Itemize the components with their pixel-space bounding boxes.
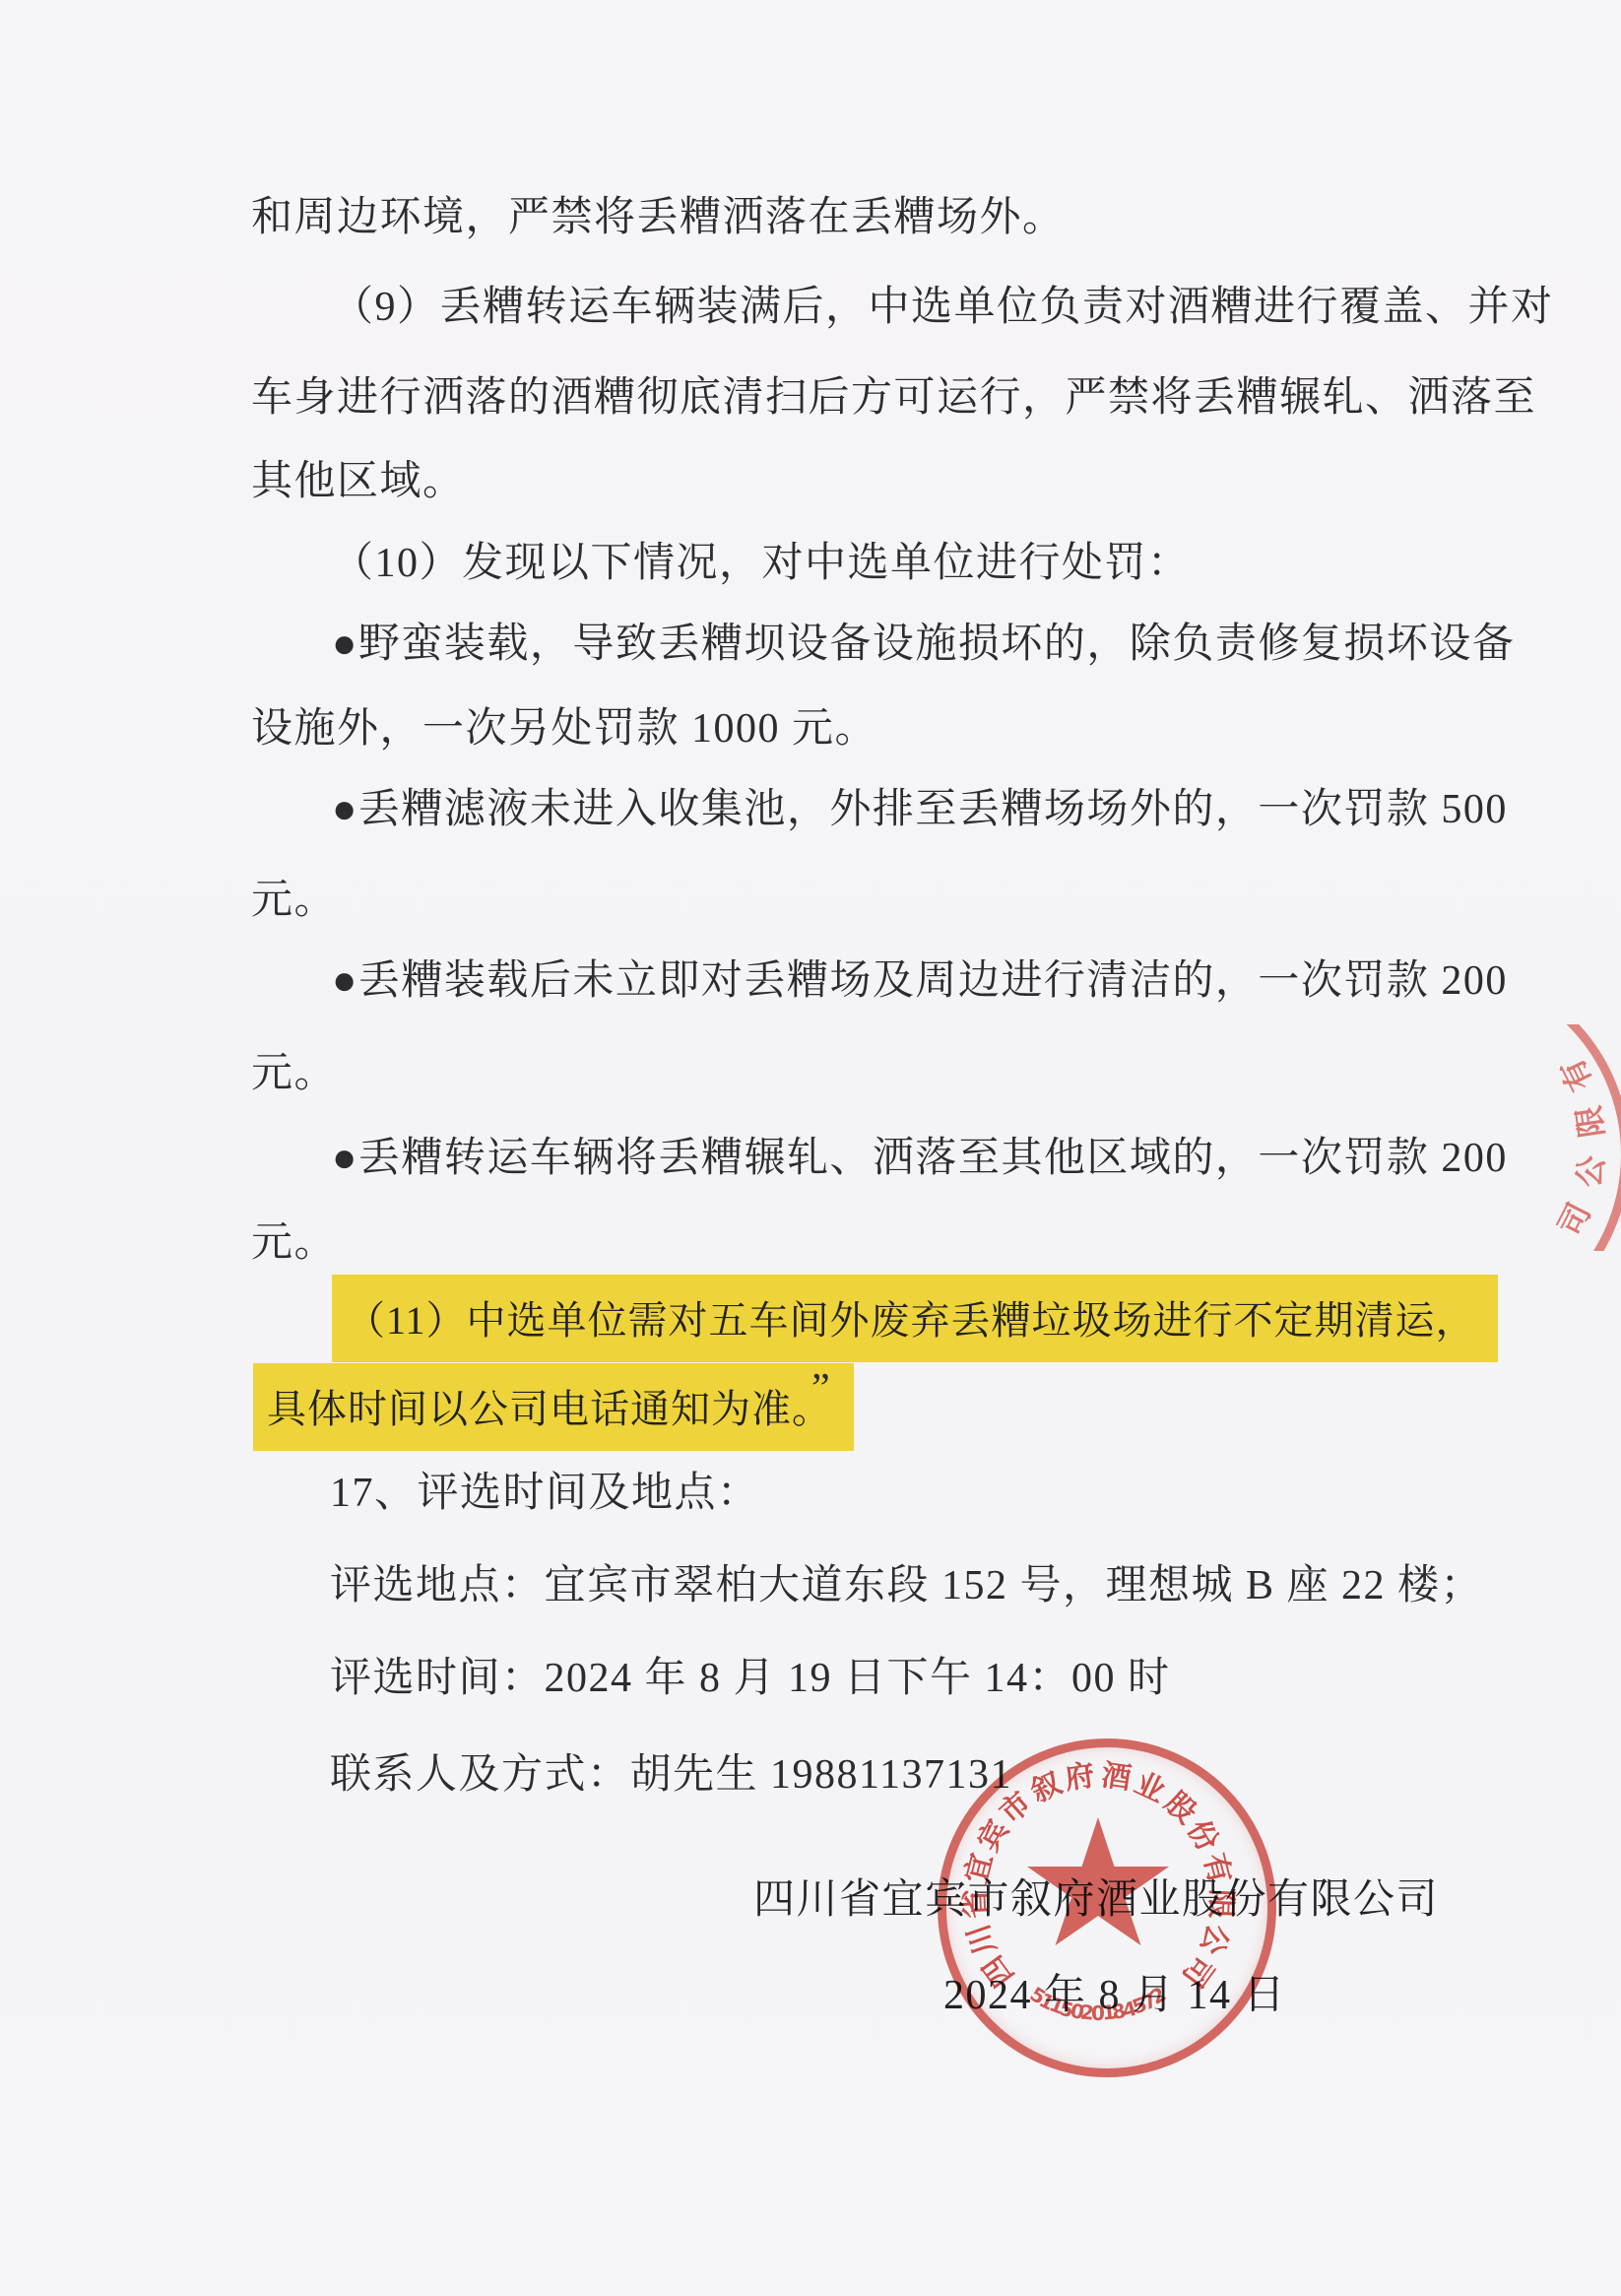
highlighted-clause-line-1: （11）中选单位需对五车间外废弃丢糟垃圾场进行不定期清运， [332,1275,1498,1362]
document-bullet-line: ●野蛮装载，导致丢糟坝设备设施损坏的，除负责修复损坏设备 [332,621,1515,668]
document-line: 其他区域。 [251,458,466,505]
highlighted-text: 具体时间以公司电话通知为准。 [267,1387,832,1431]
highlighted-text: （11）中选单位需对五车间外废弃丢糟垃圾场进行不定期清运， [346,1298,1476,1343]
document-line: 元。 [251,1219,337,1267]
contact-line: 联系人及方式：胡先生 19881137131 [330,1751,1012,1799]
document-line: 元。 [251,877,337,924]
highlighted-clause-line-2: 具体时间以公司电话通知为准。 [253,1363,854,1451]
time-line: 评选时间：2024 年 8 月 19 日下午 14：00 时 [330,1655,1171,1702]
partial-seal: 有限公司 [1536,1024,1621,1251]
scanned-page: 和周边环境，严禁将丢糟洒落在丢糟场外。 （9）丢糟转运车辆装满后，中选单位负责对… [0,0,1621,2296]
document-line: 和周边环境，严禁将丢糟洒落在丢糟场外。 [251,194,1066,241]
document-line: 设施外，一次另处罚款 1000 元。 [251,705,877,753]
document-bullet-line: ●丢糟转运车辆将丢糟辗轧、洒落至其他区域的，一次罚款 200 [332,1135,1508,1182]
section-heading: 17、评选时间及地点： [330,1470,760,1517]
venue-line: 评选地点：宜宾市翠柏大道东段 152 号，理想城 B 座 22 楼； [330,1562,1483,1609]
partial-seal-ring [1536,1024,1621,1251]
document-bullet-line: ●丢糟装载后未立即对丢糟场及周边进行清洁的，一次罚款 200 [332,957,1508,1005]
document-line: （9）丢糟转运车辆装满后，中选单位负责对酒糟进行覆盖、并对 [332,284,1554,331]
company-signature: 四川省宜宾市叙府酒业股份有限公司 [753,1867,1439,1926]
closing-quote-mark: ” [811,1365,830,1412]
document-bullet-line: ●丢糟滤液未进入收集池，外排至丢糟场场外的，一次罚款 500 [332,786,1508,833]
document-line: 元。 [251,1050,337,1097]
document-line: 车身进行洒落的酒糟彻底清扫后方可运行，严禁将丢糟辗轧、洒落至 [251,374,1536,422]
document-line: （10）发现以下情况，对中选单位进行处罚： [332,540,1191,587]
signature-date: 2024 年 8 月 14 日 [943,1962,1286,2021]
